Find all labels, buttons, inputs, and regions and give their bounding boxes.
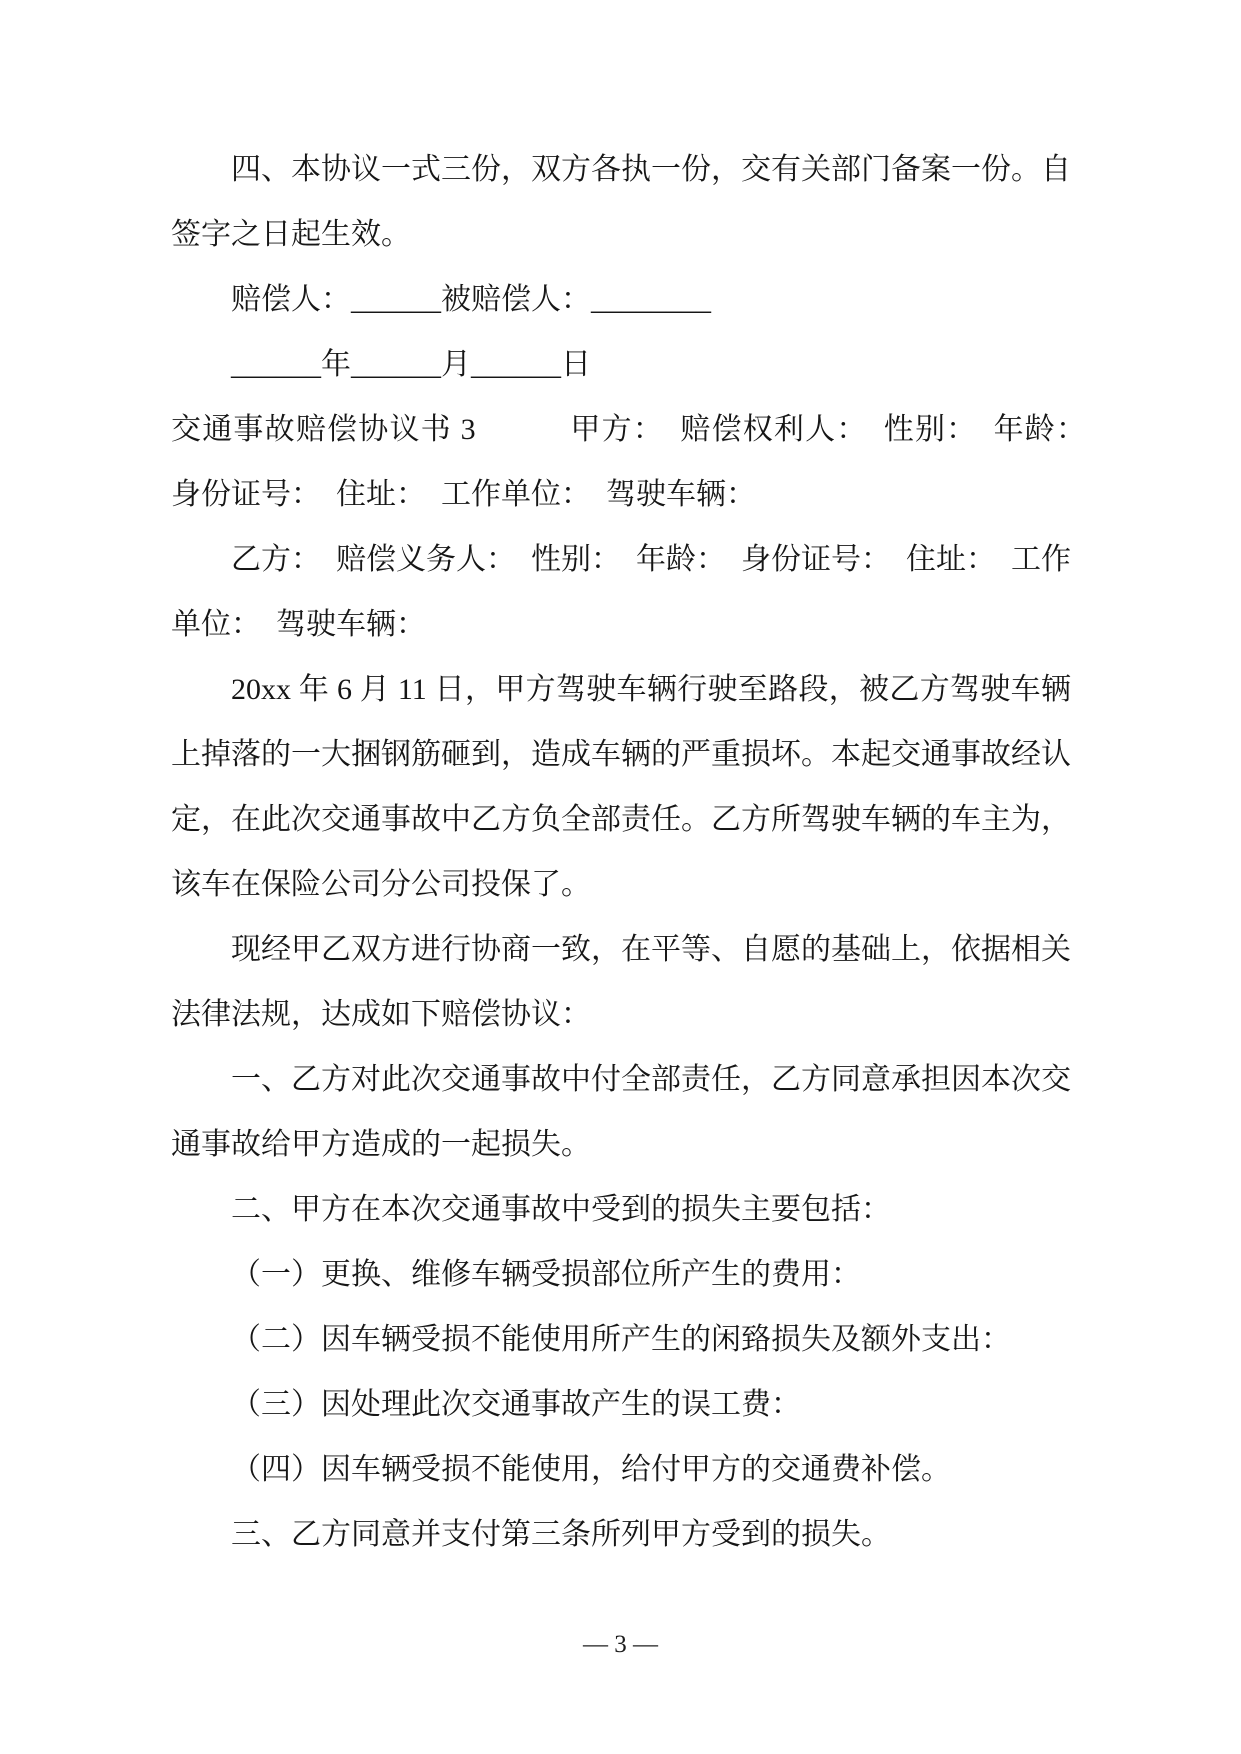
clause-one: 一、乙方对此次交通事故中付全部责任，乙方同意承担因本次交通事故给甲方造成的一起损… (171, 1047, 1071, 1177)
document-page: 四、本协议一式三份，双方各执一份，交有关部门备案一份。自签字之日起生效。 赔偿人… (0, 0, 1241, 1754)
document-body: 四、本协议一式三份，双方各执一份，交有关部门备案一份。自签字之日起生效。 赔偿人… (171, 137, 1071, 1567)
signature-line: 赔偿人：______被赔偿人：________ (171, 267, 1071, 332)
date-line: ______年______月______日 (171, 332, 1071, 397)
party-b-info: 乙方： 赔偿义务人： 性别： 年龄： 身份证号： 住址： 工作单位： 驾驶车辆： (171, 527, 1071, 657)
page-number: — 3 — (0, 1628, 1241, 1662)
clause-two-item-2: （二）因车辆受损不能使用所产生的闲臵损失及额外支出： (171, 1307, 1071, 1372)
agreement-3-title-and-party-a: 交通事故赔偿协议书 3 甲方： 赔偿权利人： 性别： 年龄： 身份证号： 住址：… (171, 397, 1071, 527)
clause-two: 二、甲方在本次交通事故中受到的损失主要包括： (171, 1177, 1071, 1242)
accident-description: 20xx 年 6 月 11 日，甲方驾驶车辆行驶至路段，被乙方驾驶车辆上掉落的一… (171, 657, 1071, 917)
clause-four-copies: 四、本协议一式三份，双方各执一份，交有关部门备案一份。自签字之日起生效。 (171, 137, 1071, 267)
clause-two-item-1: （一）更换、维修车辆受损部位所产生的费用： (171, 1242, 1071, 1307)
clause-two-item-4: （四）因车辆受损不能使用，给付甲方的交通费补偿。 (171, 1437, 1071, 1502)
negotiation-statement: 现经甲乙双方进行协商一致，在平等、自愿的基础上，依据相关法律法规，达成如下赔偿协… (171, 917, 1071, 1047)
clause-three: 三、乙方同意并支付第三条所列甲方受到的损失。 (171, 1502, 1071, 1567)
clause-two-item-3: （三）因处理此次交通事故产生的误工费： (171, 1372, 1071, 1437)
